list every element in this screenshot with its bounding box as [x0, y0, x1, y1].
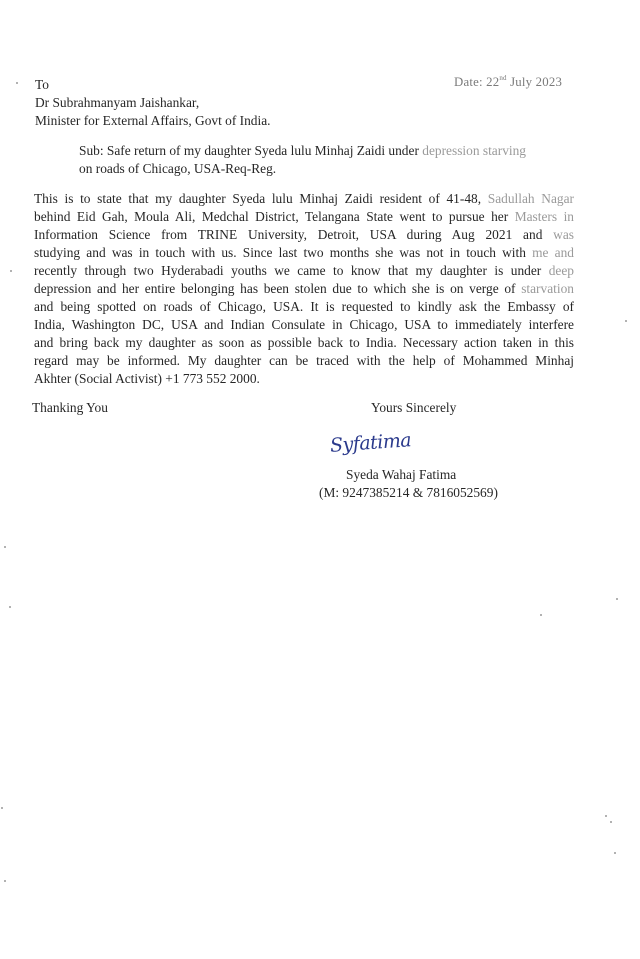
scan-speck — [9, 606, 11, 608]
date-ordinal: nd — [499, 74, 506, 82]
scan-speck — [614, 852, 616, 854]
body-line: This is to state that my daughter Syeda … — [34, 190, 574, 208]
closing-yours-sincerely: Yours Sincerely — [371, 399, 456, 417]
scan-speck — [540, 614, 542, 616]
body-line: and being spotted on roads of Chicago, U… — [34, 298, 574, 316]
scan-speck — [10, 270, 12, 272]
scan-speck — [610, 821, 612, 823]
scan-speck — [605, 815, 607, 817]
subject-line-1: Sub: Safe return of my daughter Syeda lu… — [79, 142, 579, 160]
body-line: and bring back my daughter as soon as po… — [34, 334, 574, 352]
subject-line-2: on roads of Chicago, USA-Req-Reg. — [79, 160, 579, 178]
scan-speck — [4, 546, 6, 548]
body-line: regard may be informed. My daughter can … — [34, 352, 574, 370]
body-line: Information Science from TRINE Universit… — [34, 226, 574, 244]
letter-page: To Date: 22nd July 2023 Dr Subrahmanyam … — [0, 0, 640, 959]
body-line: India, Washington DC, USA and Indian Con… — [34, 316, 574, 334]
body-line: studying and was in touch with us. Since… — [34, 244, 574, 262]
scan-speck — [625, 320, 627, 322]
body-line: Akhter (Social Activist) +1 773 552 2000… — [34, 370, 574, 388]
scan-speck — [16, 82, 18, 84]
date-rest: July 2023 — [507, 75, 562, 89]
body-line: recently through two Hyderabadi youths w… — [34, 262, 574, 280]
letter-date: Date: 22nd July 2023 — [454, 75, 562, 90]
closing-thanks: Thanking You — [32, 399, 108, 417]
handwritten-signature: Syfatima — [329, 429, 412, 457]
body-line: depression and her entire belonging has … — [34, 280, 574, 298]
scan-speck — [4, 880, 6, 882]
recipient-name: Dr Subrahmanyam Jaishankar, — [35, 94, 199, 112]
salutation-to: To — [35, 76, 49, 94]
signer-name: Syeda Wahaj Fatima — [346, 466, 456, 484]
date-label: Date: 22 — [454, 75, 499, 89]
recipient-title: Minister for External Affairs, Govt of I… — [35, 112, 271, 130]
signer-phone: (M: 9247385214 & 7816052569) — [319, 484, 498, 502]
scan-speck — [616, 598, 618, 600]
scan-speck — [1, 807, 3, 809]
subject-line: Sub: Safe return of my daughter Syeda lu… — [79, 142, 579, 178]
body-line: behind Eid Gah, Moula Ali, Medchal Distr… — [34, 208, 574, 226]
body-paragraph: This is to state that my daughter Syeda … — [34, 190, 574, 388]
